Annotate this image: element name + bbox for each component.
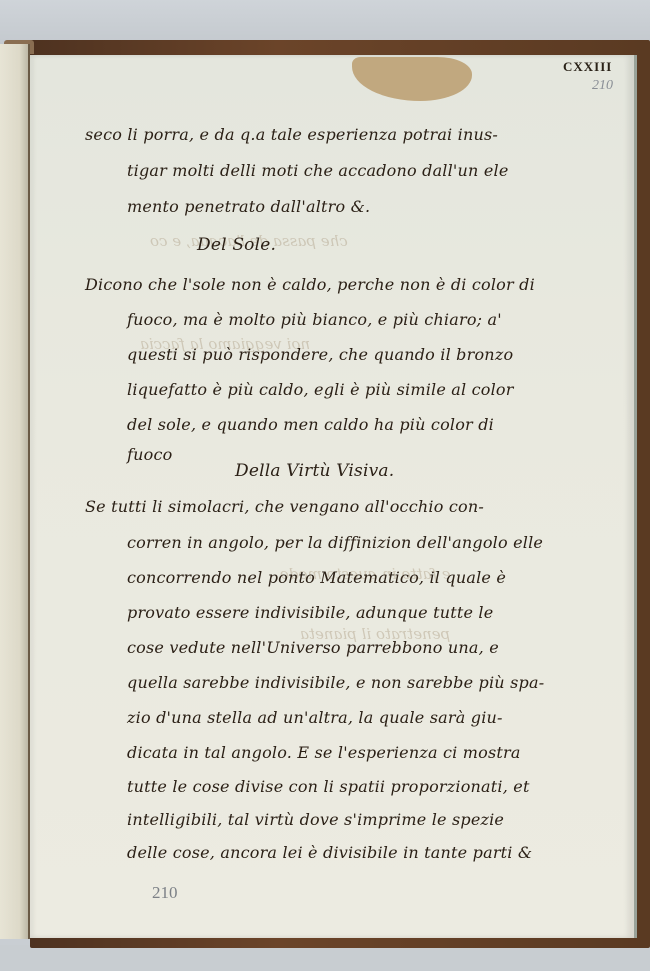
section-heading: Della Virtù Visiva.	[235, 461, 394, 481]
text-line: corren in angolo, per la diffinizion del…	[127, 533, 543, 552]
text-line: tigar molti delli moti che accadono dall…	[127, 161, 509, 180]
text-line: zio d'una stella ad un'altra, la quale s…	[127, 708, 503, 727]
section-heading: Del Sole.	[197, 235, 276, 255]
text-line: seco li porra, e da q.a tale esperienza …	[85, 125, 498, 144]
background-bottom	[0, 945, 650, 971]
text-line: dicata in tal angolo. E se l'esperienza …	[127, 743, 521, 762]
folio-number: CXXIII	[563, 59, 612, 75]
text-line: liquefatto è più caldo, egli è più simil…	[127, 380, 514, 399]
text-line: Dicono che l'sole non è caldo, perche no…	[85, 275, 535, 294]
text-line: tutte le cose divise con li spatii propo…	[127, 777, 530, 796]
text-line: quella sarebbe indivisibile, e non sareb…	[127, 673, 544, 692]
text-line: cose vedute nell'Universo parrebbono una…	[127, 638, 499, 657]
text-line: fuoco, ma è molto più bianco, e più chia…	[127, 310, 502, 329]
text-line: intelligibili, tal virtù dove s'imprime …	[127, 810, 504, 829]
text-line: fuoco	[127, 445, 172, 464]
left-page-edge	[0, 44, 30, 939]
text-line: provato essere indivisibile, adunque tut…	[127, 603, 493, 622]
text-line: del sole, e quando men caldo ha più colo…	[127, 415, 494, 434]
pencil-folio-bottom: 210	[152, 883, 178, 903]
pencil-folio-top: 210	[592, 78, 613, 94]
text-line: Se tutti li simolacri, che vengano all'o…	[85, 497, 484, 516]
background-top	[0, 0, 650, 45]
text-line: concorrendo nel ponto Matematico, il qua…	[127, 568, 506, 587]
text-line: delle cose, ancora lei è divisibile in t…	[127, 843, 532, 862]
text-line: questi si può rispondere, che quando il …	[127, 345, 513, 364]
text-line: mento penetrato dall'altro &.	[127, 197, 370, 216]
